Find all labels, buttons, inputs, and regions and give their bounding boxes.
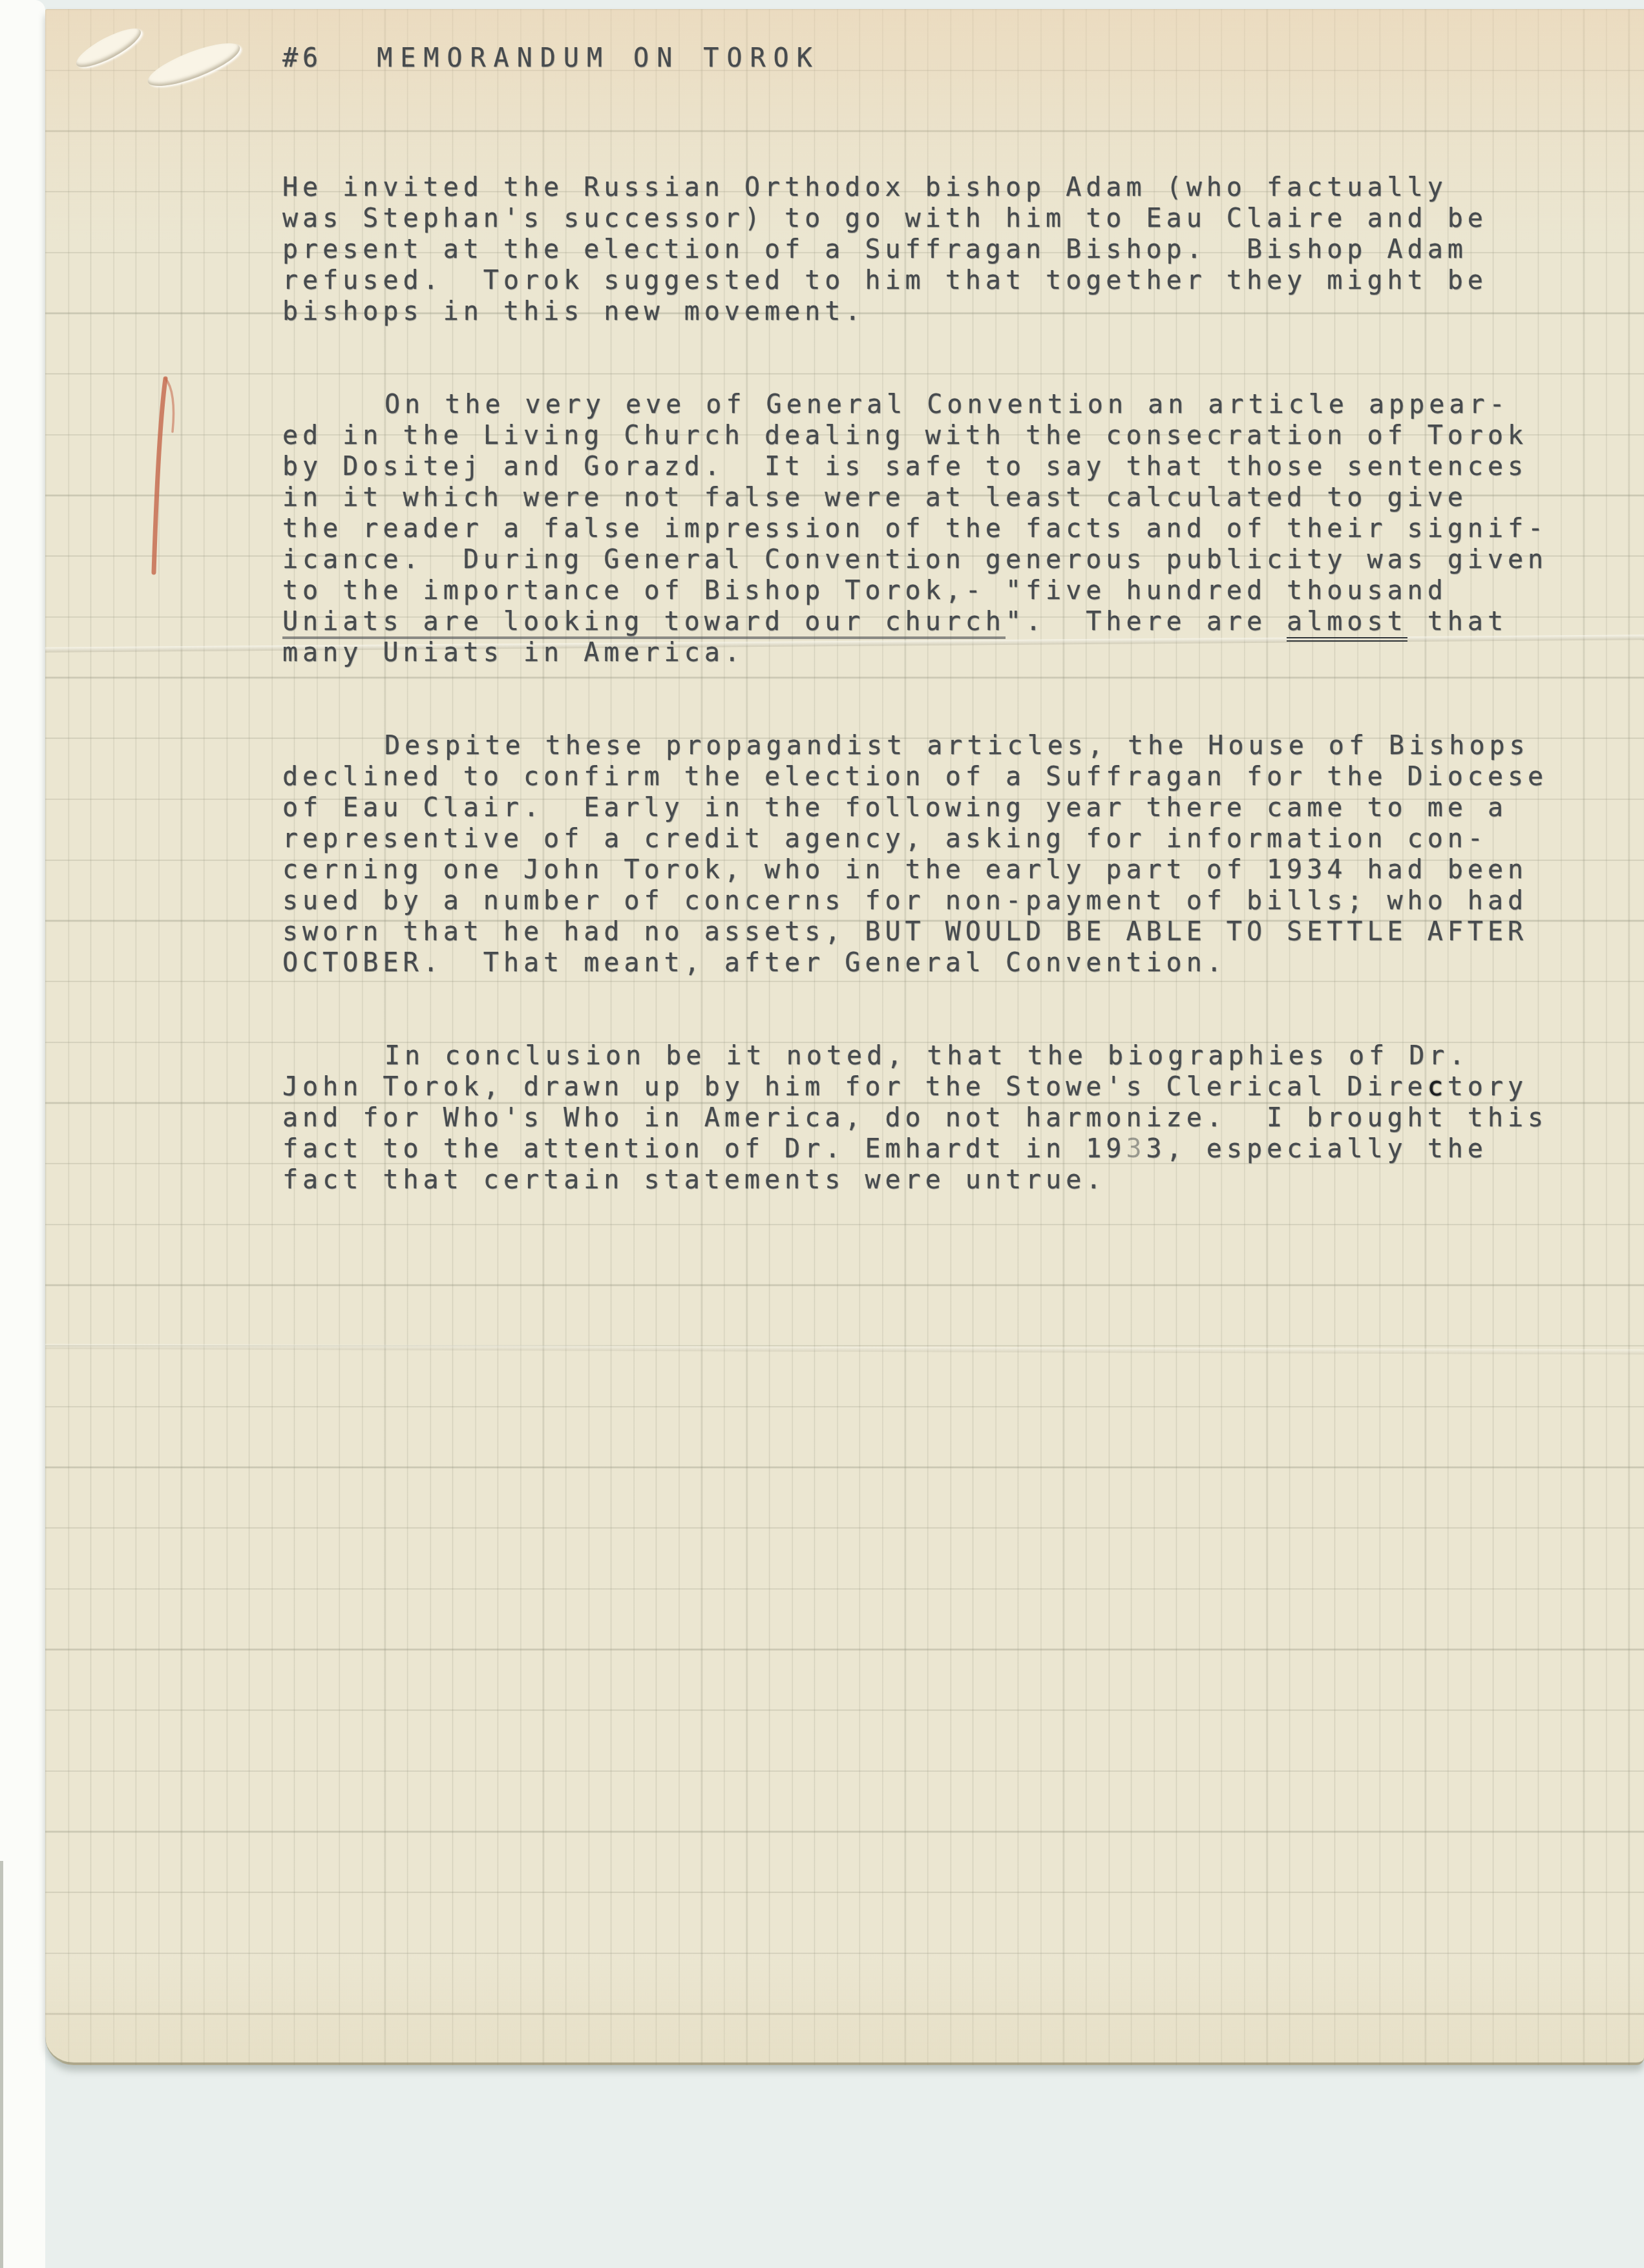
text-segment: He invited the Russian Orthodox bishop A… <box>282 173 1448 202</box>
text-segment: tory <box>1448 1072 1528 1102</box>
text-segment: and for Who's Who in America, do not har… <box>282 1103 1548 1133</box>
text-line: bishops in this new movement. <box>282 296 1575 327</box>
text-line: to the importance of Bishop Torok,- "fiv… <box>282 575 1575 606</box>
text-segment: declined to confirm the election of a Su… <box>282 762 1548 792</box>
paragraph: On the very eve of General Convention an… <box>282 389 1575 668</box>
text-line: fact that certain statements were untrue… <box>282 1164 1575 1195</box>
scanner-shadow-edge <box>0 1861 3 2268</box>
text-segment: of Eau Clair. Early in the following yea… <box>282 793 1508 823</box>
text-line: icance. During General Convention genero… <box>282 544 1575 575</box>
memo-header: #6MEMORANDUM ON TOROK <box>282 43 1575 74</box>
text-segment: sworn that he had no assets, BUT WOULD B… <box>282 917 1528 947</box>
text-line: Despite these propagandist articles, the… <box>282 730 1575 761</box>
text-segment-underline: Uniats are looking toward our church <box>282 607 1006 639</box>
text-line: On the very eve of General Convention an… <box>282 389 1575 420</box>
text-line: present at the election of a Suffragan B… <box>282 234 1575 265</box>
text-segment: that <box>1407 607 1508 636</box>
scan-background: { "page": { "header": { "number": "#6", … <box>0 0 1644 2268</box>
memo-title: MEMORANDUM ON TOROK <box>377 43 820 73</box>
text-segment-underline-heavy: almost <box>1287 607 1407 642</box>
text-line: of Eau Clair. Early in the following yea… <box>282 792 1575 823</box>
text-segment: sued by a number of concerns for non-pay… <box>282 886 1528 916</box>
text-segment: representive of a credit agency, asking … <box>282 824 1488 854</box>
text-segment: to the importance of Bishop Torok,- "fiv… <box>282 576 1448 605</box>
text-line: sued by a number of concerns for non-pay… <box>282 885 1575 916</box>
text-line: many Uniats in America. <box>282 637 1575 668</box>
text-line: John Torok, drawn up by him for the Stow… <box>282 1071 1575 1102</box>
text-line: cerning one John Torok, who in the early… <box>282 854 1575 885</box>
memo-number: #6 <box>282 43 322 73</box>
text-segment: the reader a false impression of the fac… <box>282 514 1548 543</box>
text-line: fact to the attention of Dr. Emhardt in … <box>282 1133 1575 1164</box>
scanner-edge-strip <box>0 0 45 2268</box>
text-segment: 3, especially the <box>1146 1134 1488 1164</box>
text-segment: OCTOBER. That meant, after General Conve… <box>282 948 1227 978</box>
typescript-body: He invited the Russian Orthodox bishop A… <box>282 172 1575 1195</box>
paragraph: Despite these propagandist articles, the… <box>282 730 1575 978</box>
text-segment: in it which were not false were at least… <box>282 483 1468 512</box>
text-segment-overstrike: c <box>1428 1072 1448 1102</box>
text-line: was Stephan's successor) to go with him … <box>282 203 1575 234</box>
text-segment: ed in the Living Church dealing with the… <box>282 421 1528 450</box>
text-segment: ". There are <box>1006 607 1287 636</box>
text-segment: Despite these propagandist articles, the… <box>385 731 1530 761</box>
text-segment: was Stephan's successor) to go with him … <box>282 204 1488 233</box>
text-line: by Dositej and Gorazd. It is safe to say… <box>282 451 1575 482</box>
text-segment: icance. During General Convention genero… <box>282 545 1548 574</box>
text-segment: On the very eve of General Convention an… <box>385 390 1510 419</box>
text-line: refused. Torok suggested to him that tog… <box>282 265 1575 296</box>
text-segment: many Uniats in America. <box>282 638 744 667</box>
text-segment: fact to the attention of Dr. Emhardt in … <box>282 1134 1126 1164</box>
text-segment: by Dositej and Gorazd. It is safe to say… <box>282 452 1528 481</box>
text-line: ed in the Living Church dealing with the… <box>282 420 1575 451</box>
text-segment: bishops in this new movement. <box>282 297 865 326</box>
text-line: declined to confirm the election of a Su… <box>282 761 1575 792</box>
red-pencil-mark <box>143 367 189 580</box>
text-segment: present at the election of a Suffragan B… <box>282 235 1468 264</box>
text-segment-faint: 3 <box>1126 1134 1146 1164</box>
text-segment: fact that certain statements were untrue… <box>282 1165 1106 1195</box>
text-segment: refused. Torok suggested to him that tog… <box>282 266 1488 295</box>
text-segment: John Torok, drawn up by him for the Stow… <box>282 1072 1428 1102</box>
text-line: in it which were not false were at least… <box>282 482 1575 513</box>
text-line: Uniats are looking toward our church". T… <box>282 606 1575 637</box>
paragraph: In conclusion be it noted, that the biog… <box>282 1040 1575 1195</box>
typescript: #6MEMORANDUM ON TOROK He invited the Rus… <box>282 43 1575 1195</box>
text-segment: In conclusion be it noted, that the biog… <box>385 1041 1469 1071</box>
text-line: the reader a false impression of the fac… <box>282 513 1575 544</box>
text-line: representive of a credit agency, asking … <box>282 823 1575 854</box>
paragraph: He invited the Russian Orthodox bishop A… <box>282 172 1575 327</box>
text-line: In conclusion be it noted, that the biog… <box>282 1040 1575 1071</box>
text-line: and for Who's Who in America, do not har… <box>282 1102 1575 1133</box>
text-line: sworn that he had no assets, BUT WOULD B… <box>282 916 1575 947</box>
text-line: He invited the Russian Orthodox bishop A… <box>282 172 1575 203</box>
text-line: OCTOBER. That meant, after General Conve… <box>282 947 1575 978</box>
text-segment: cerning one John Torok, who in the early… <box>282 855 1528 885</box>
